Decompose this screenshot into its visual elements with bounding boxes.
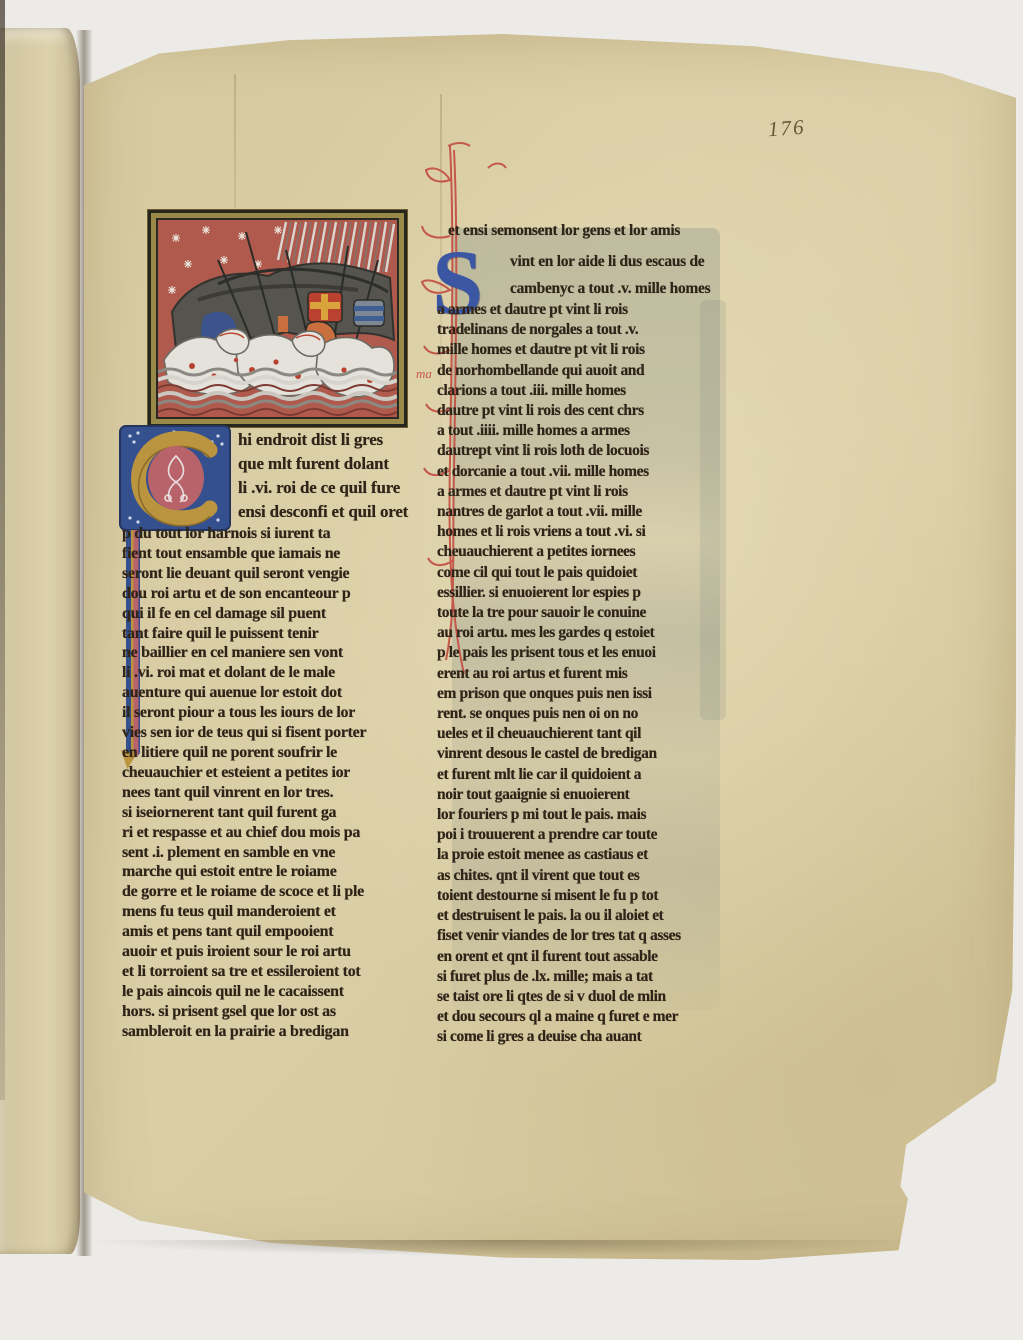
text-line: et dorcanie a tout .vii. mille homes (437, 462, 681, 482)
text-line: en litiere quil ne porent soufrir le (122, 743, 366, 763)
text-line: si iseiornerent tant quil furent ga (122, 803, 366, 823)
text-line: clarions a tout .iii. mille homes (437, 381, 681, 401)
text-line: et destruisent le pais. la ou il aloiet … (437, 906, 681, 926)
text-line: toute la tre pour sauoir le conuine (437, 603, 681, 623)
text-line: hi endroit dist li gres (238, 428, 408, 452)
text-line: erent au roi artus et furent mis (437, 664, 681, 684)
text-line: mens fu teus quil manderoient et (122, 902, 366, 922)
text-line: et furent mlt lie car il quidoient a (437, 765, 681, 785)
text-line: a armes et dautre pt vint li rois (437, 300, 681, 320)
text-line: dautrept vint li rois loth de locuois (437, 441, 681, 461)
text-line: vint en lor aide li dus escaus de (510, 248, 710, 275)
text-line: se taist ore li qtes de si v duol de mli… (437, 987, 681, 1007)
text-line: mille homes et dautre pt vit li rois (437, 340, 681, 360)
text-line: lor fouriers p mi tout le pais. mais (437, 805, 681, 825)
miniature-painting (158, 220, 397, 417)
text-line: en orent et qnt il furent tout assable (437, 947, 681, 967)
text-line: a armes et dautre pt vint li rois (437, 482, 681, 502)
text-line: a tout .iiii. mille homes a armes (437, 421, 681, 441)
text-line: tant faire quil le puissent tenir (122, 624, 366, 644)
text-line: auoir et puis iroient sour le roi artu (122, 942, 366, 962)
page-bottom-shadow (84, 1240, 914, 1256)
text-line: auenture qui auenue lor estoit dot (122, 683, 366, 703)
text-line: si come li gres a deuise cha auant (437, 1027, 681, 1047)
text-line: au roi artu. mes les gardes q estoiet (437, 623, 681, 643)
text-line: il seront piour a tous les iours de lor (122, 703, 366, 723)
text-line: et li torroient sa tre et essileroient t… (122, 962, 366, 982)
text-line: cheuauchier et esteient a petites ior (122, 763, 366, 783)
miniature-battle-scene (148, 210, 407, 427)
text-line: p du tout lor harnois si iurent ta (122, 524, 366, 544)
text-line: rent. se onques puis nen oi on no (437, 704, 681, 724)
text-line: amis et pens tant quil empooient (122, 922, 366, 942)
text-line: marche qui estoit entre le roiame (122, 862, 366, 882)
right-column-first-line: et ensi semonsent lor gens et lor amis (448, 222, 680, 240)
text-line: poi i trouuerent a prendre car toute (437, 825, 681, 845)
text-line: qui il fe en cel damage sil puent (122, 604, 366, 624)
text-line: vinrent desous le castel de bredigan (437, 744, 681, 764)
text-line: la proie estoit menee as castiaus et (437, 845, 681, 865)
text-line: em prison que onques puis nen issi (437, 684, 681, 704)
text-line: hors. si prisent gsel que lor ost as (122, 1002, 366, 1022)
text-line: seront lie deuant quil seront vengie (122, 564, 366, 584)
text-line: homes et li rois vriens a tout .vi. si (437, 522, 681, 542)
illuminated-initial-C (118, 424, 232, 532)
text-line: nantres de garlot a tout .vii. mille (437, 502, 681, 522)
shield-blue-striped (354, 300, 384, 326)
text-line: noir tout gaaignie si enuoierent (437, 785, 681, 805)
page-stack-shadow (0, 0, 5, 1100)
text-line: ensi desconfi et quil oret (238, 500, 408, 524)
shield-red-gold-cross (308, 292, 342, 322)
text-line: le pais aincois quil ne le cacaissent (122, 982, 366, 1002)
text-line: nees tant quil vinrent en lor tres. (122, 783, 366, 803)
left-column-opening-lines: hi endroit dist li gresque mlt furent do… (238, 428, 408, 524)
miniature-frame (156, 218, 399, 419)
text-line: cambenyc a tout .v. mille homes (510, 275, 710, 302)
text-line: de gorre et le roiame de scoce et li ple (122, 882, 366, 902)
text-line: toient destourne si misent le fu p tot (437, 886, 681, 906)
show-through-tint (700, 300, 726, 720)
text-line: as chites. qnt il virent que tout es (437, 866, 681, 886)
text-line: ueles et il cheuauchierent tant qil (437, 724, 681, 744)
text-line: cheuauchierent a petites iornees (437, 542, 681, 562)
text-line: sent .i. plement en samble en vne (122, 843, 366, 863)
text-line: et dou secours ql a maine q furet e mer (437, 1007, 681, 1027)
text-line: dou roi artu et de son encanteour p (122, 584, 366, 604)
previous-folio-edge (0, 28, 80, 1254)
text-line: come cil qui tout le pais quidoiet (437, 563, 681, 583)
text-line: li .vi. roi mat et dolant de le male (122, 663, 366, 683)
text-line: que mlt furent dolant (238, 452, 408, 476)
right-column-text: a armes et dautre pt vint li roistradeli… (437, 300, 681, 1048)
text-line: de norhombellande qui auoit and (437, 361, 681, 381)
text-line: p le pais les prisent tous et les enuoi (437, 643, 681, 663)
text-line: si furet plus de .lx. mille; mais a tat (437, 967, 681, 987)
saddle-cloth (278, 316, 288, 332)
text-line: ne baillier en cel maniere sen vont (122, 643, 366, 663)
folio-number: 176 (767, 115, 806, 143)
text-line: li .vi. roi de ce quil fure (238, 476, 408, 500)
text-line: fient tout ensamble que iamais ne (122, 544, 366, 564)
left-column-text: p du tout lor harnois si iurent tafient … (122, 524, 366, 1042)
text-line: sambleroit en la prairie a bredigan (122, 1022, 366, 1042)
text-line: dautre pt vint li rois des cent chrs (437, 401, 681, 421)
horses (164, 329, 394, 397)
text-line: essillier. si enuoierent lor espies p (437, 583, 681, 603)
text-line: ri et respasse et au chief dou mois pa (122, 823, 366, 843)
right-column-opening-lines: vint en lor aide li dus escaus decambeny… (510, 248, 710, 302)
manuscript-scan: estenenstamemgarherteasneestuletenteliat… (0, 0, 1023, 1340)
text-line: vies sen ior de teus qui si fisent porte… (122, 723, 366, 743)
text-line: fiset venir viandes de lor tres tat q as… (437, 926, 681, 946)
text-line: tradelinans de norgales a tout .v. (437, 320, 681, 340)
